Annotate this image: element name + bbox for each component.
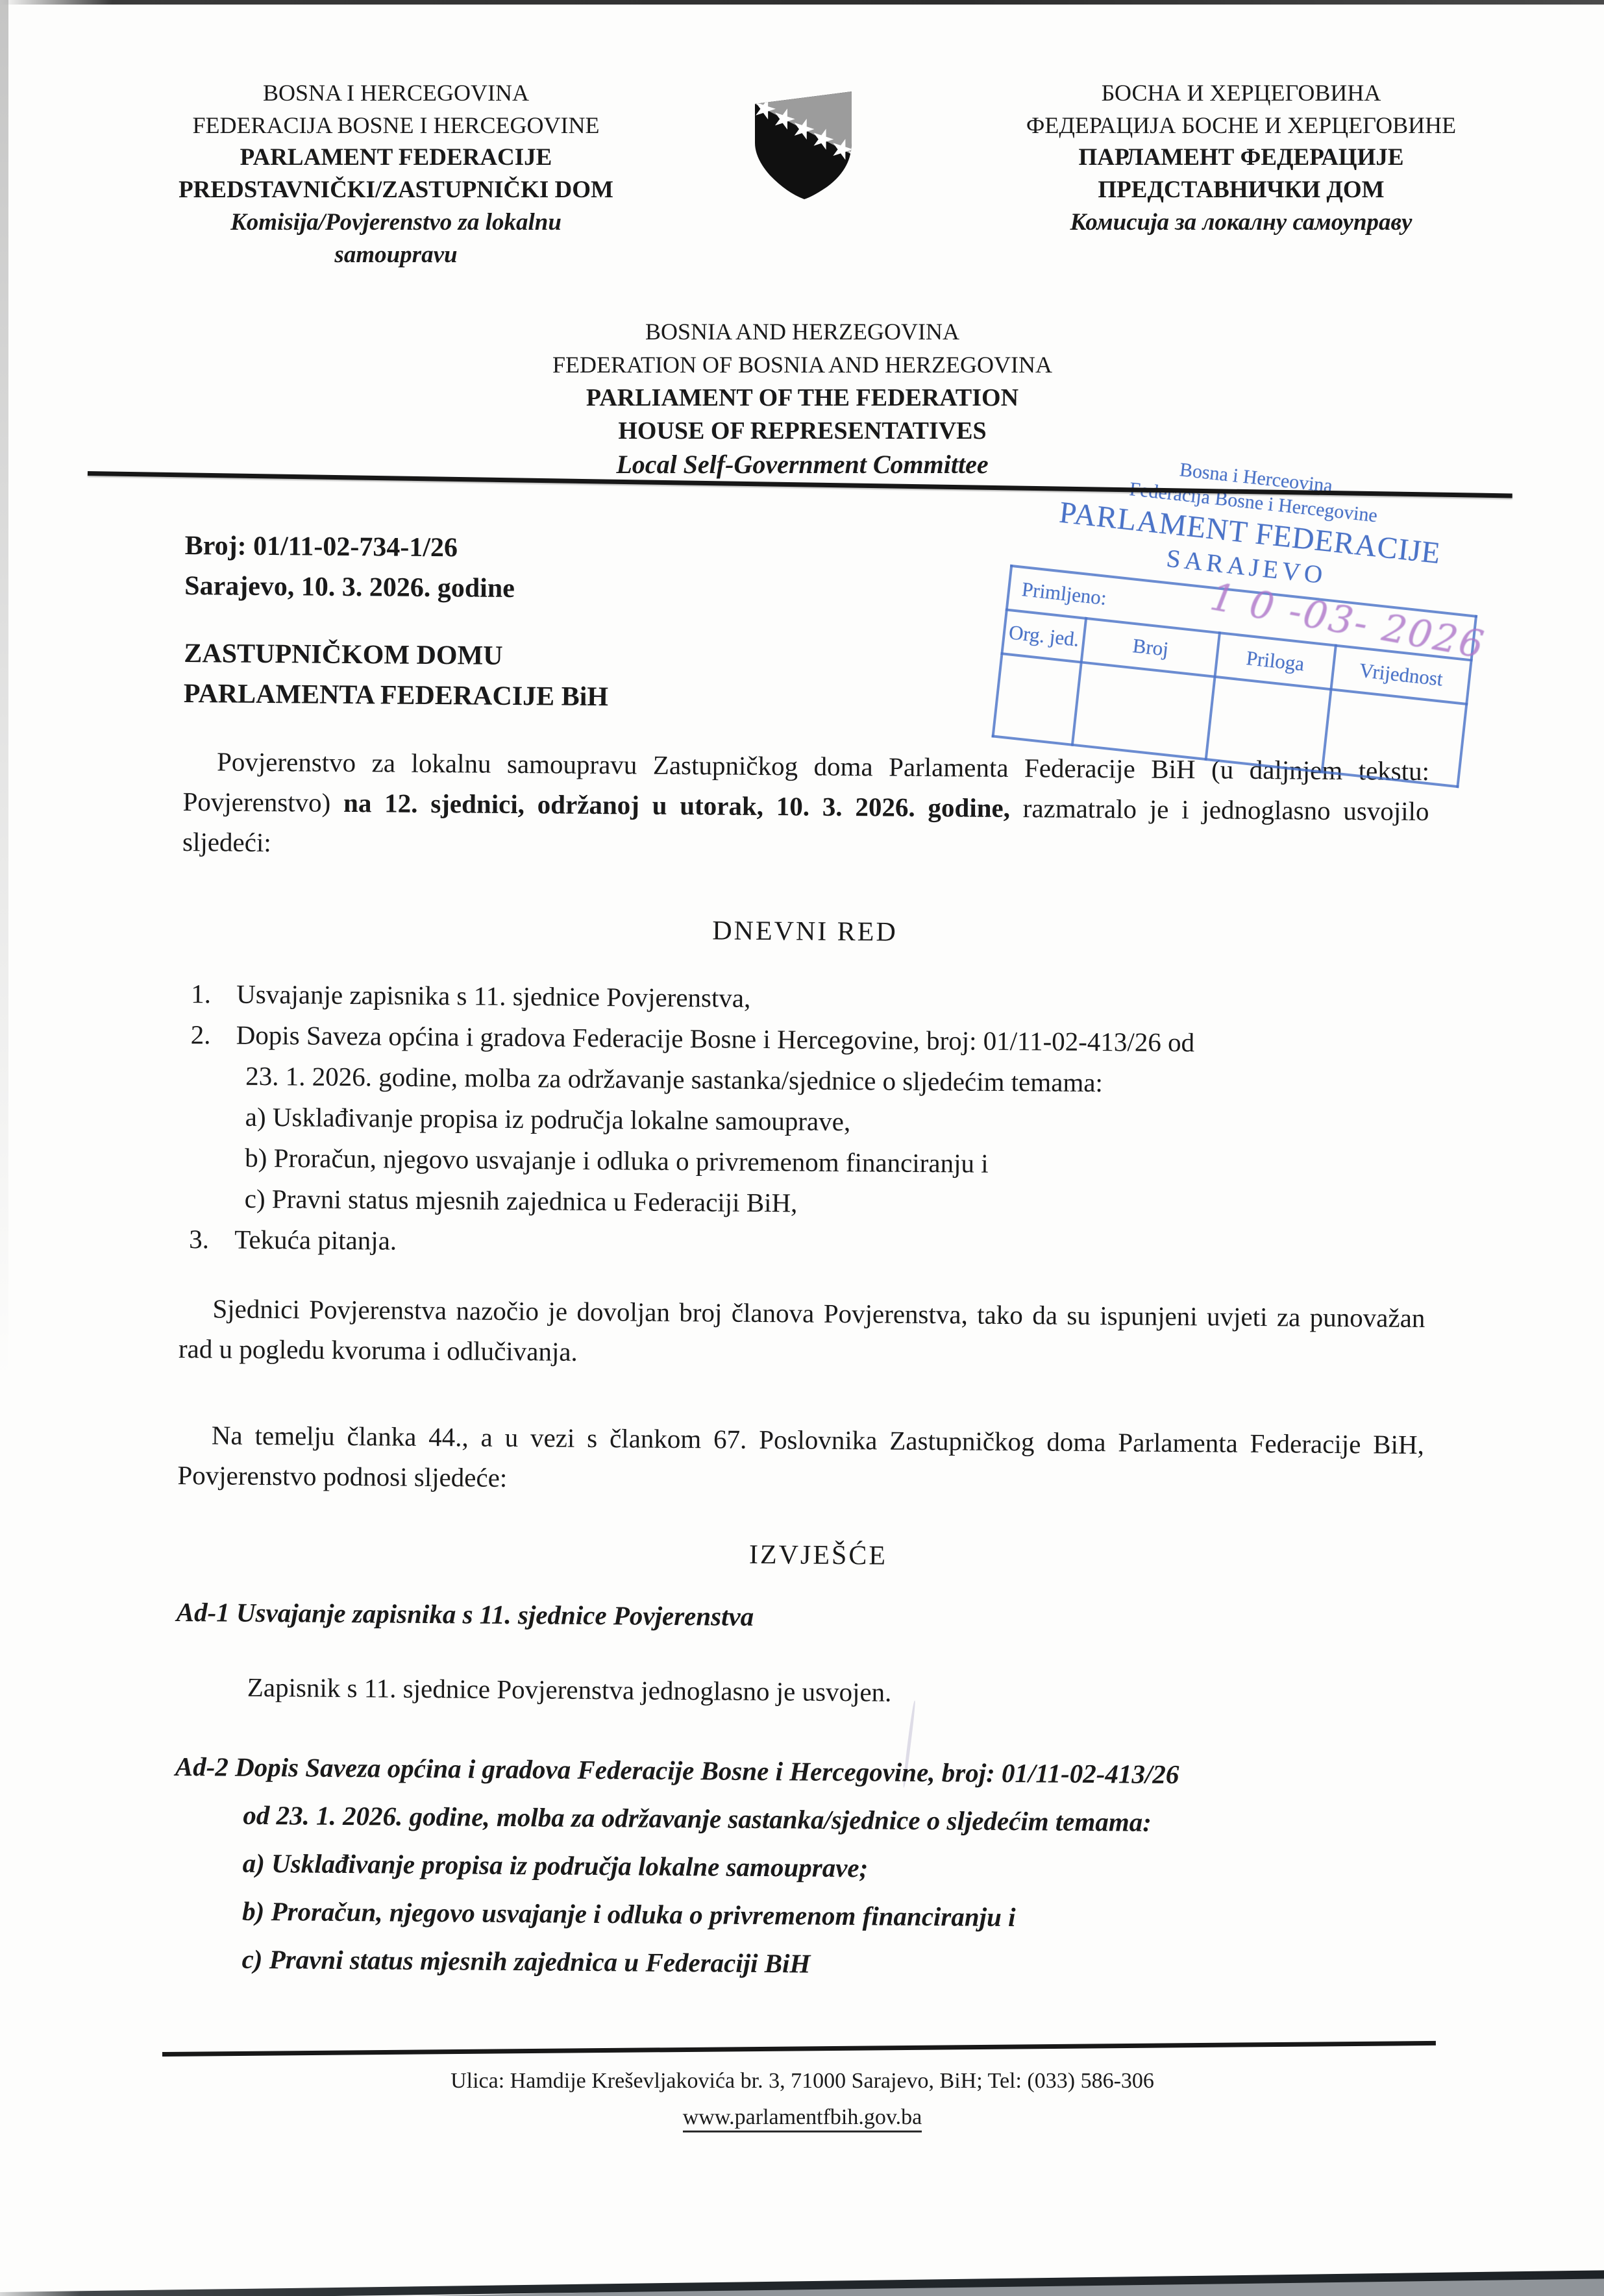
text-line: Komisija/Povjerenstvo za lokalnu [133, 206, 659, 239]
agenda-list: 1. Usvajanje zapisnika s 11. sjednice Po… [179, 973, 1427, 1269]
text-line: BOSNIA AND HERZEGOVINA [179, 315, 1425, 348]
text-line: PARLIAMENT OF THE FEDERATION [179, 382, 1425, 415]
text-line: Комисија за локалну самоуправу [975, 206, 1507, 239]
text-line: ФЕДЕРАЦИЈА БОСНЕ И ХЕРЦЕГОВИНЕ [975, 109, 1507, 141]
text-line: БОСНА И ХЕРЦЕГОВИНА [975, 77, 1507, 109]
coat-of-arms-icon [745, 83, 861, 202]
agenda-title: DNEVNI RED [182, 911, 1428, 952]
document-page: BOSNA I HERCEGOVINAFEDERACIJA BOSNE I HE… [0, 0, 1604, 2296]
footer-website-link: www.parlamentfbih.gov.ba [683, 2105, 922, 2132]
footer-address: Ulica: Hamdije Kreševljakovića br. 3, 71… [166, 2069, 1438, 2094]
footer-divider-rule [162, 2041, 1436, 2057]
stamp-cell-empty [1206, 677, 1331, 772]
text-line: BOSNA I HERCEGOVINA [133, 77, 659, 109]
stamp-cell-empty [993, 653, 1081, 745]
text-line: ПРЕДСТАВНИЧКИ ДОМ [975, 174, 1507, 206]
text-line: Tekuća pitanja. [234, 1219, 1425, 1269]
agenda-item-number: 3. [179, 1219, 234, 1260]
report-title: IZVJEŠĆE [195, 1535, 1441, 1576]
text-line: c) Pravni status mjesnih zajednica u Fed… [173, 1935, 1420, 1992]
scan-edge-top [0, 0, 1604, 5]
agenda-item-number: 1. [181, 973, 236, 1015]
ad2-heading-block: Ad-2 Dopis Saveza općina i gradova Feder… [173, 1742, 1422, 1992]
agenda-item-text: Dopis Saveza općina i gradova Federacije… [235, 1015, 1427, 1228]
intro-text-bold: na 12. sjednici, održanoj u utorak, 10. … [343, 788, 1010, 823]
agenda-item-number: 2. [180, 1014, 236, 1219]
text-line: ПАРЛАМЕНТ ФЕДЕРАЦИЈЕ [975, 141, 1507, 174]
legal-basis-paragraph: Na temelju članka 44., a u vezi s članko… [177, 1415, 1424, 1505]
agenda-item-2: 2. Dopis Saveza općina i gradova Federac… [180, 1014, 1427, 1228]
stamp-cell-empty [1322, 689, 1466, 787]
text-line: PREDSTAVNIČKI/ZASTUPNIČKI DOM [133, 174, 659, 206]
scan-edge-left [0, 0, 8, 1378]
footer-website: www.parlamentfbih.gov.ba [166, 2105, 1438, 2130]
agenda-item-text: Tekuća pitanja. [234, 1219, 1425, 1269]
letterhead-latin: BOSNA I HERCEGOVINAFEDERACIJA BOSNE I HE… [133, 77, 659, 271]
text-line: FEDERATION OF BOSNIA AND HERZEGOVINA [179, 348, 1425, 382]
text-line: PARLAMENT FEDERACIJE [133, 141, 659, 174]
letterhead-cyrillic: БОСНА И ХЕРЦЕГОВИНАФЕДЕРАЦИЈА БОСНЕ И ХЕ… [975, 77, 1507, 239]
quorum-paragraph: Sjednici Povjerenstva nazočio je dovolja… [179, 1288, 1425, 1378]
text-line: HOUSE OF REPRESENTATIVES [179, 415, 1425, 448]
letterhead-english: BOSNIA AND HERZEGOVINAFEDERATION OF BOSN… [179, 315, 1425, 481]
ad1-heading: Ad-1 Usvajanje zapisnika s 11. sjednice … [177, 1596, 1423, 1637]
stamp-cell-empty [1072, 663, 1215, 760]
text-line: samoupravu [133, 239, 659, 271]
ad1-text: Zapisnik s 11. sjednice Povjerenstva jed… [176, 1671, 1422, 1712]
text-line: FEDERACIJA BOSNE I HERCEGOVINE [133, 109, 659, 141]
